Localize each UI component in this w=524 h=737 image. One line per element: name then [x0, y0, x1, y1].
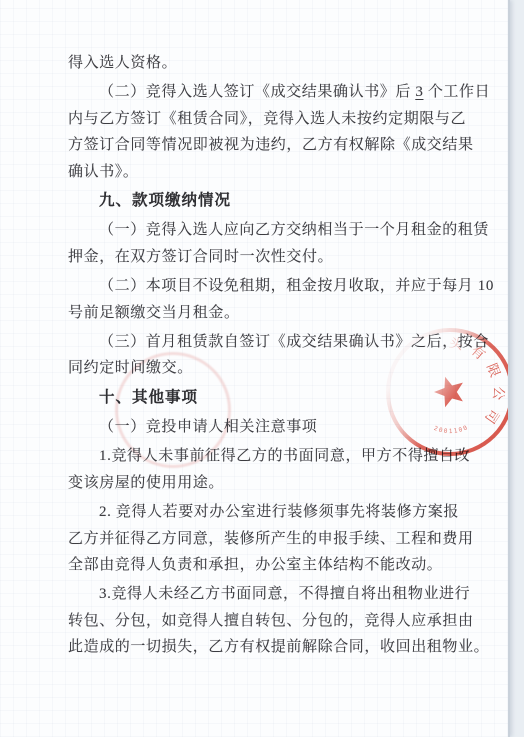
text-line: 乙方并征得乙方同意，装修所产生的申报手续、工程和费用 [68, 526, 482, 552]
text-segment: 押金，在双方签订合同时一次性交付。 [68, 249, 333, 265]
text-segment: 个工作日 [423, 84, 490, 100]
text-segment: 内与乙方签订《租赁合同》，竞得入选人未按约定期限与乙 [68, 111, 466, 127]
text-segment: 九、款项缴纳情况 [99, 192, 231, 209]
text-line: 转包、分包，如竞得人擅自转包、分包的，竞得人应承担由 [68, 608, 482, 634]
company-seal: 头有限公司 2001100 [370, 312, 510, 472]
text-line: （一）竞得入选人应向乙方交纳相当于一个月租金的租赁 [68, 217, 482, 243]
text-segment: 方签订合同等情况即被视为违约，乙方有权解除《成交结果 [68, 137, 474, 153]
seal-star-icon [434, 377, 463, 407]
text-segment: （一）竞得入选人应向乙方交纳相当于一个月租金的租赁 [99, 222, 489, 238]
text-segment: 同约定时间缴交。 [68, 360, 193, 376]
text-line: （二）竞得入选人签订《成交结果确认书》后 3 个工作日 [68, 79, 482, 105]
text-line: 内与乙方签订《租赁合同》，竞得入选人未按约定期限与乙 [68, 106, 482, 132]
paragraph: 九、款项缴纳情况 [68, 188, 482, 214]
text-segment: 全部由竞得人负责和承担，办公室主体结构不能改动。 [68, 557, 442, 573]
paragraph: （二）竞得入选人签订《成交结果确认书》后 3 个工作日内与乙方签订《租赁合同》，… [68, 79, 482, 185]
text-line: 2. 竞得人若要对办公室进行装修须事先将装修方案报 [68, 499, 482, 525]
text-line: （二）本项目不设免租期，租金按月收取，并应于每月 10 [68, 273, 482, 299]
text-line: 九、款项缴纳情况 [68, 188, 482, 214]
text-segment: 变该房屋的使用用途。 [68, 475, 224, 491]
text-segment: 转包、分包，如竞得人擅自转包、分包的，竞得人应承担由 [68, 613, 474, 629]
text-line: 得入选人资格。 [68, 50, 482, 76]
paragraph: 2. 竞得人若要对办公室进行装修须事先将装修方案报乙方并征得乙方同意，装修所产生… [68, 499, 482, 578]
text-line: 变该房屋的使用用途。 [68, 470, 482, 496]
text-segment: 乙方并征得乙方同意，装修所产生的申报手续、工程和费用 [68, 531, 474, 547]
document-page: 得入选人资格。（二）竞得入选人签订《成交结果确认书》后 3 个工作日内与乙方签订… [0, 0, 510, 737]
text-line: 确认书》。 [68, 159, 482, 185]
paragraph: 3.竞得人未经乙方书面同意，不得擅自将出租物业进行转包、分包，如竞得人擅自转包、… [68, 581, 482, 660]
seal-arc-text: 头有限公司 [448, 334, 507, 433]
text-segment: 得入选人资格。 [68, 55, 177, 71]
paragraph: 得入选人资格。 [68, 50, 482, 76]
text-line: 全部由竞得人负责和承担，办公室主体结构不能改动。 [68, 552, 482, 578]
text-line: 此造成的一切损失，乙方有权提前解除合同，收回出租物业。 [68, 634, 482, 660]
text-segment: 此造成的一切损失，乙方有权提前解除合同，收回出租物业。 [68, 639, 489, 655]
scanned-document: 得入选人资格。（二）竞得入选人签订《成交结果确认书》后 3 个工作日内与乙方签订… [0, 0, 524, 737]
text-segment: 2. 竞得人若要对办公室进行装修须事先将装修方案报 [99, 504, 459, 520]
text-segment: （一）竞投申请人相关注意事项 [99, 419, 317, 435]
text-segment: 号前足额缴交当月租金。 [68, 305, 240, 321]
scanner-background [510, 0, 524, 737]
text-segment: （二）本项目不设免租期，租金按月收取，并应于每月 10 [99, 278, 494, 294]
text-segment: 3.竞得人未经乙方书面同意，不得擅自将出租物业进行 [99, 586, 470, 602]
text-line: 方签订合同等情况即被视为违约，乙方有权解除《成交结果 [68, 132, 482, 158]
text-segment: 十、其他事项 [99, 389, 198, 406]
seal-serial-number: 2001100 [433, 424, 470, 435]
paragraph: （一）竞得入选人应向乙方交纳相当于一个月租金的租赁押金，在双方签订合同时一次性交… [68, 217, 482, 270]
text-line: 3.竞得人未经乙方书面同意，不得擅自将出租物业进行 [68, 581, 482, 607]
text-segment: 确认书》。 [68, 164, 139, 180]
text-segment: （二）竞得入选人签订《成交结果确认书》后 [99, 84, 415, 100]
text-line: 押金，在双方签订合同时一次性交付。 [68, 244, 482, 270]
